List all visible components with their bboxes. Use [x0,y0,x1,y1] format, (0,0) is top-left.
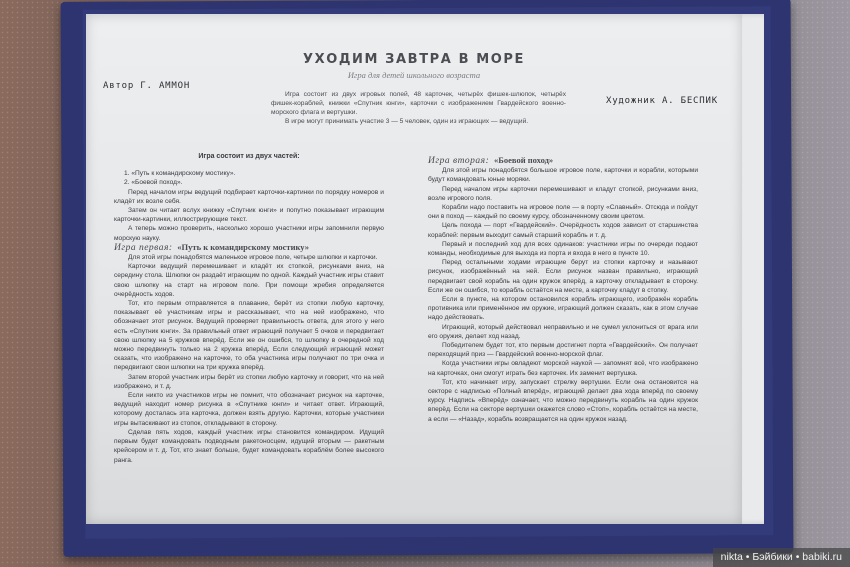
intro-paragraph: В игре могут принимать участие 3 — 5 чел… [271,117,566,126]
paragraph: Карточки ведущий перемешивает и кладёт и… [114,262,384,299]
paragraph: А теперь можно проверить, насколько хоро… [114,224,384,242]
paragraph: Когда участники игры овладеют морской на… [428,359,698,377]
right-column: Игра вторая: «Боевой поход» Для этой игр… [428,156,698,424]
artist-credit: Художник А. БЕСПИК [606,96,718,106]
paragraph: Для этой игры понадобятся большое игрово… [428,166,698,184]
paragraph: Играющий, который действовал неправильно… [428,323,698,341]
game-one-heading: Игра первая: «Путь к командирскому мости… [114,243,384,253]
paragraph: Победителем будет тот, кто первым достиг… [428,341,698,359]
part-item: 1. «Путь к командирскому мостику». [114,169,384,178]
paragraph: Затем он читает вслух книжку «Спутник юн… [114,206,384,224]
game-one-name: «Путь к командирскому мостику» [177,242,309,252]
game-two-heading: Игра вторая: «Боевой поход» [428,156,698,166]
game-two-name: «Боевой поход» [494,155,553,165]
instruction-sheet: УХОДИМ ЗАВТРА В МОРЕ Игра для детей школ… [86,14,742,524]
paragraph: Если в пункте, на котором остановился ко… [428,295,698,323]
paragraph: Затем второй участник игры берёт из стоп… [114,373,384,391]
parts-list: 1. «Путь к командирскому мостику». 2. «Б… [114,169,384,187]
paragraph: Тот, кто начинает игру, запускает стрелк… [428,378,698,424]
paragraph: Сделав пять ходов, каждый участник игры … [114,428,384,465]
paragraph: Для этой игры понадобятся маленькое игро… [114,253,384,262]
paragraph: Если никто из участников игры не помнит,… [114,391,384,428]
author-credit: Автор Г. АММОН [103,81,190,91]
intro-text: Игра состоит из двух игровых полей, 48 к… [271,90,566,126]
game-one-label: Игра первая: [114,243,173,253]
game-two-label: Игра вторая: [428,156,489,166]
paragraph: Корабли надо поставить на игровое поле —… [428,203,698,221]
intro-paragraph: Игра состоит из двух игровых полей, 48 к… [271,90,566,117]
watermark: nikta • Бэйбики • babiki.ru [713,548,850,567]
document-subtitle: Игра для детей школьного возраста [86,70,742,80]
paragraph: Перед остальными ходами играющие берут и… [428,258,698,295]
paragraph: Тот, кто первым отправляется в плавание,… [114,299,384,373]
document-title: УХОДИМ ЗАВТРА В МОРЕ [86,52,742,67]
left-column: Игра состоит из двух частей: 1. «Путь к … [114,152,384,465]
paragraph: Цель похода — порт «Гвардейский». Очерёд… [428,221,698,239]
parts-heading: Игра состоит из двух частей: [114,152,384,161]
paragraph: Первый и последний ход для всех одинаков… [428,240,698,258]
part-item: 2. «Боевой поход». [114,178,384,187]
paragraph: Перед началом игры ведущий подбирает кар… [114,188,384,206]
paragraph: Перед началом игры карточки перемешивают… [428,185,698,203]
